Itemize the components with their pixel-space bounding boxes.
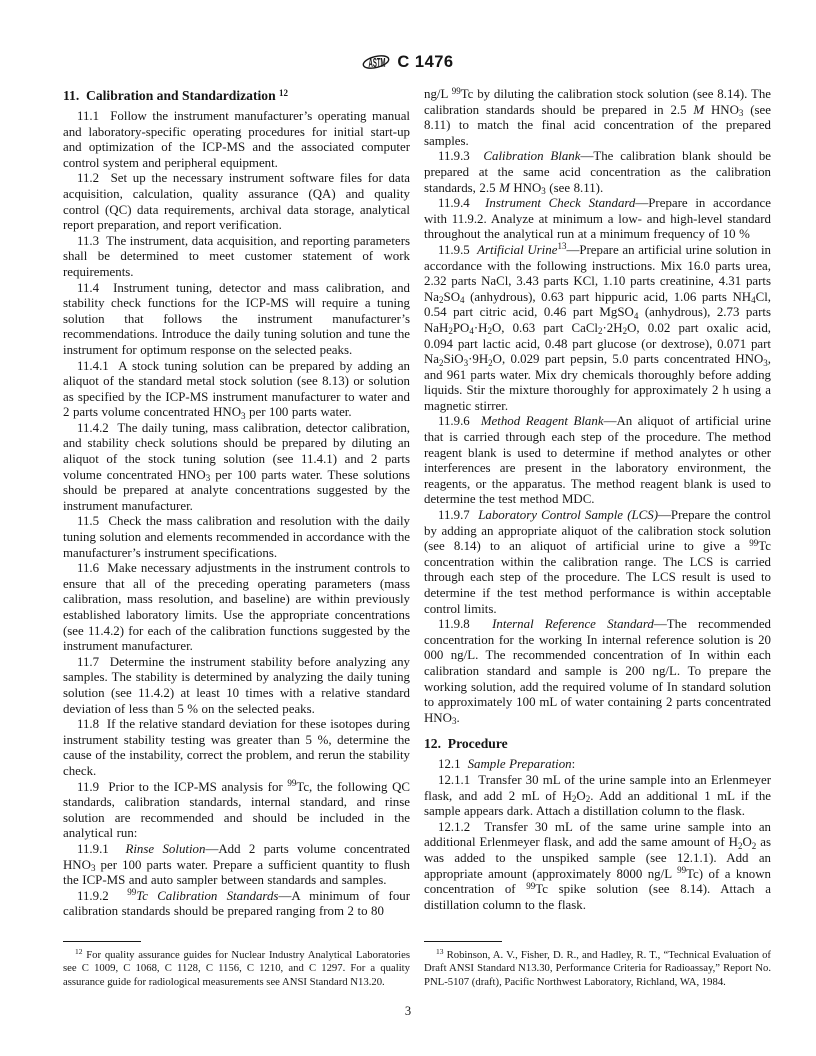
paragraph: 11.9.2 99Tc Calibration Standards—A mini… [63, 889, 410, 920]
paragraph: 12.1.2 Transfer 30 mL of the same urine … [424, 820, 771, 914]
footnote-rule [63, 941, 141, 942]
right-column: ng/L 99Tc by diluting the calibration st… [424, 87, 771, 989]
paragraph: 12.1.1 Transfer 30 mL of the urine sampl… [424, 773, 771, 820]
paragraph: 11.9.1 Rinse Solution—Add 2 parts volume… [63, 842, 410, 889]
astm-logo-icon: ASTM [362, 50, 392, 74]
paragraph: 11.8 If the relative standard deviation … [63, 717, 410, 779]
paragraph: ng/L 99Tc by diluting the calibration st… [424, 87, 771, 149]
paragraph: 11.9.3 Calibration Blank—The calibration… [424, 149, 771, 196]
paragraph: 11.1 Follow the instrument manufacturer’… [63, 109, 410, 171]
two-column-body: 11. Calibration and Standardization 1211… [63, 87, 771, 989]
document-header: ASTM C 1476 [0, 50, 816, 74]
paragraph: 11.9.4 Instrument Check Standard—Prepare… [424, 196, 771, 243]
paragraph: 11.9.6 Method Reagent Blank—An aliquot o… [424, 414, 771, 508]
paragraph: 12.1 Sample Preparation: [424, 757, 771, 773]
section-heading: 11. Calibration and Standardization 12 [63, 87, 410, 104]
paragraph: 11.4 Instrument tuning, detector and mas… [63, 281, 410, 359]
left-column: 11. Calibration and Standardization 1211… [63, 87, 410, 989]
footnote: 12 For quality assurance guides for Nucl… [63, 931, 410, 989]
paragraph: 11.5 Check the mass calibration and reso… [63, 514, 410, 561]
paragraph: 11.9.8 Internal Reference Standard—The r… [424, 617, 771, 726]
document-page: ASTM C 1476 11. Calibration and Standard… [0, 0, 816, 1056]
page-number: 3 [0, 1004, 816, 1019]
paragraph: 11.9.5 Artificial Urine13—Prepare an art… [424, 243, 771, 415]
doc-number: C 1476 [397, 53, 453, 72]
paragraph: 11.3 The instrument, data acquisition, a… [63, 234, 410, 281]
paragraph: 11.9 Prior to the ICP-MS analysis for 99… [63, 780, 410, 842]
paragraph: 11.4.1 A stock tuning solution can be pr… [63, 359, 410, 421]
paragraph: 11.7 Determine the instrument stability … [63, 655, 410, 717]
footnote-text: 13 Robinson, A. V., Fisher, D. R., and H… [424, 949, 771, 989]
section-heading: 12. Procedure [424, 735, 771, 752]
footnote-rule [424, 941, 502, 942]
paragraph: 11.9.7 Laboratory Control Sample (LCS)—P… [424, 508, 771, 617]
paragraph: 11.6 Make necessary adjustments in the i… [63, 561, 410, 655]
footnote-text: 12 For quality assurance guides for Nucl… [63, 949, 410, 989]
footnote: 13 Robinson, A. V., Fisher, D. R., and H… [424, 931, 771, 989]
paragraph: 11.2 Set up the necessary instrument sof… [63, 171, 410, 233]
paragraph: 11.4.2 The daily tuning, mass calibratio… [63, 421, 410, 515]
